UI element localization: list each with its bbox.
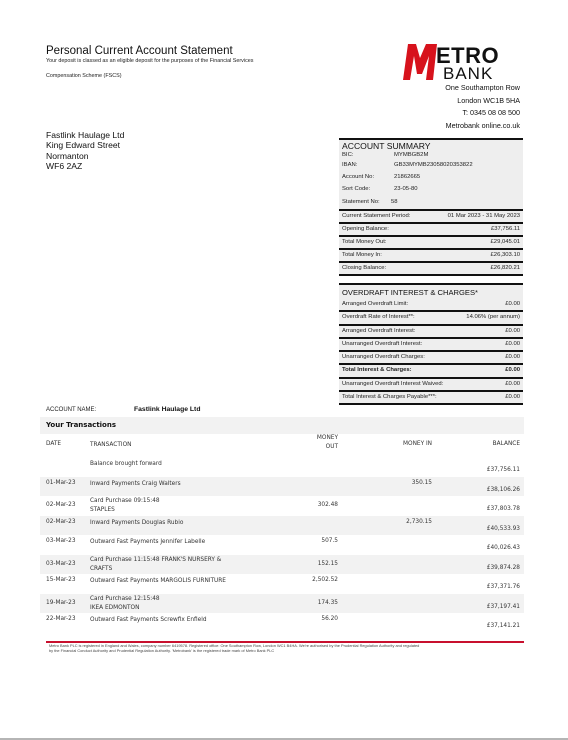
- period-value: 01 Mar 2023 - 31 May 2023: [448, 213, 520, 219]
- account-name-label: ACCOUNT NAME:: [46, 407, 96, 413]
- cell-transaction: Card Purchase 09:15:48STAPLES: [90, 497, 160, 515]
- col-balance: BALANCE: [493, 441, 520, 447]
- cell-balance: £37,803.78: [487, 506, 520, 512]
- summary-total-row: Opening Balance:£37,756.11: [339, 224, 523, 235]
- overdraft-row: Unarranged Overdraft Interest:£0.00: [339, 339, 523, 350]
- cell-transaction: Outward Fast Payments MARGOLIS FURNITURE: [90, 577, 226, 586]
- overdraft-row: Overdraft Rate of Interest**:14.06% (per…: [339, 312, 523, 323]
- overdraft-value: £0.00: [505, 328, 520, 334]
- overdraft-label: Arranged Overdraft Limit:: [342, 301, 408, 307]
- transaction-desc-line: Outward Fast Payments Jennifer Labelle: [90, 538, 205, 547]
- transaction-desc-line: Card Purchase 12:15:48: [90, 595, 160, 604]
- table-row: 15-Mar-23Outward Fast Payments MARGOLIS …: [40, 574, 524, 594]
- account-name-value: Fastlink Haulage Ltd: [134, 406, 200, 413]
- overdraft-value: £0.00: [505, 381, 520, 387]
- sort-code-label: Sort Code:: [342, 186, 370, 192]
- transaction-desc-line: Outward Fast Payments Screwfix Enfield: [90, 616, 207, 625]
- cell-date: 03-Mar-23: [46, 561, 76, 567]
- table-row: 22-Mar-23Outward Fast Payments Screwfix …: [40, 613, 524, 633]
- account-no-value: 21862665: [394, 174, 420, 180]
- cell-transaction: Card Purchase 12:15:48IKEA EDMONTON: [90, 595, 160, 613]
- overdraft-value: £0.00: [505, 341, 520, 347]
- overdraft-heading: OVERDRAFT INTEREST & CHARGES*: [339, 285, 523, 299]
- cell-balance: £37,756.11: [487, 467, 520, 473]
- col-transaction: TRANSACTION: [90, 441, 131, 450]
- overdraft-value: £0.00: [505, 367, 520, 373]
- cell-balance: £38,106.26: [487, 487, 520, 493]
- summary-total-value: £29,045.01: [491, 239, 520, 245]
- cell-transaction: Inward Payments Craig Walters: [90, 480, 181, 489]
- cell-money-out: 302.48: [318, 502, 338, 508]
- account-summary-panel: ACCOUNT SUMMARY BIC:MYMBGB2M IBAN:GB33MY…: [339, 138, 523, 276]
- summary-total-label: Closing Balance:: [342, 265, 386, 271]
- overdraft-row: Unarranged Overdraft Charges:£0.00: [339, 352, 523, 363]
- overdraft-row: Unarranged Overdraft Interest Waived:£0.…: [339, 379, 523, 390]
- sort-code-value: 23-05-80: [394, 186, 418, 192]
- transaction-desc-line: Balance brought forward: [90, 460, 162, 469]
- bank-address-line: London WC1B 5HA: [457, 96, 520, 105]
- cell-balance: £39,874.28: [487, 565, 520, 571]
- summary-total-value: £37,756.11: [491, 226, 520, 232]
- statement-title: Personal Current Account Statement: [46, 45, 233, 57]
- cell-balance: £37,371.76: [487, 584, 520, 590]
- cell-date: 02-Mar-23: [46, 502, 76, 508]
- overdraft-label: Unarranged Overdraft Interest:: [342, 341, 422, 347]
- col-money-out: MONEY OUT: [317, 435, 338, 450]
- overdraft-row: Total Interest & Charges Payable***:£0.0…: [339, 392, 523, 403]
- col-money-in: MONEY IN: [403, 441, 432, 447]
- summary-total-row: Closing Balance:£26,820.21: [339, 263, 523, 274]
- customer-street: King Edward Street: [46, 140, 124, 150]
- overdraft-panel: OVERDRAFT INTEREST & CHARGES* Arranged O…: [339, 283, 523, 405]
- iban-value: GB33MYMB23058020353822: [394, 162, 473, 168]
- summary-total-label: Total Money In:: [342, 252, 382, 258]
- transaction-desc-line: Card Purchase 09:15:48: [90, 497, 160, 506]
- fscs-notice: Your deposit is classed as an eligible d…: [46, 58, 253, 64]
- cell-transaction: Outward Fast Payments Jennifer Labelle: [90, 538, 205, 547]
- overdraft-label: Unarranged Overdraft Charges:: [342, 354, 425, 360]
- transaction-desc-line: Inward Payments Craig Walters: [90, 480, 181, 489]
- overdraft-value: £0.00: [505, 301, 520, 307]
- transaction-desc-line: Inward Payments Douglas Rubio: [90, 519, 183, 528]
- customer-address: Fastlink Haulage Ltd King Edward Street …: [46, 130, 124, 171]
- summary-total-value: £26,303.10: [491, 252, 520, 258]
- cell-money-out: 174.35: [318, 600, 338, 606]
- cell-balance: £40,533.93: [487, 526, 520, 532]
- fscs-notice-cont: Compensation Scheme (FSCS): [46, 73, 122, 79]
- statement-no-label: Statement No:: [342, 199, 380, 205]
- bic-value: MYMBGB2M: [394, 152, 428, 158]
- transaction-desc-line: STAPLES: [90, 506, 160, 515]
- overdraft-label: Unarranged Overdraft Interest Waived:: [342, 381, 443, 387]
- overdraft-label: Arranged Overdraft Interest:: [342, 328, 415, 334]
- table-row: 19-Mar-23Card Purchase 12:15:48IKEA EDMO…: [40, 594, 524, 614]
- cell-date: 15-Mar-23: [46, 577, 76, 583]
- period-label: Current Statement Period:: [342, 213, 410, 219]
- table-row: 03-Mar-23Outward Fast Payments Jennifer …: [40, 535, 524, 555]
- account-summary-heading: ACCOUNT SUMMARY: [339, 140, 523, 151]
- overdraft-value: £0.00: [505, 394, 520, 400]
- overdraft-row: Arranged Overdraft Interest:£0.00: [339, 326, 523, 337]
- cell-balance: £37,141.21: [487, 623, 520, 629]
- cell-date: 19-Mar-23: [46, 600, 76, 606]
- cell-date: 02-Mar-23: [46, 519, 76, 525]
- overdraft-label: Overdraft Rate of Interest**:: [342, 314, 415, 320]
- cell-money-in: 2,730.15: [406, 519, 432, 525]
- transaction-desc-line: Card Purchase 11:15:48 FRANK'S NURSERY &: [90, 556, 221, 565]
- metro-bank-logo: ETRO BANK: [403, 44, 511, 84]
- summary-total-value: £26,820.21: [491, 265, 520, 271]
- col-money-out-line1: MONEY: [317, 435, 338, 441]
- cell-transaction: Inward Payments Douglas Rubio: [90, 519, 183, 528]
- cell-date: 03-Mar-23: [46, 538, 76, 544]
- footer-legal-line2: by the Financial Conduct Authority and P…: [49, 649, 524, 654]
- cell-transaction: Card Purchase 11:15:48 FRANK'S NURSERY &…: [90, 556, 221, 574]
- cell-date: 22-Mar-23: [46, 616, 76, 622]
- transaction-desc-line: Outward Fast Payments MARGOLIS FURNITURE: [90, 577, 226, 586]
- table-row: 02-Mar-23Card Purchase 09:15:48STAPLES30…: [40, 496, 524, 516]
- cell-money-out: 152.15: [318, 561, 338, 567]
- table-header: DATE TRANSACTION MONEY OUT MONEY IN BALA…: [40, 434, 524, 457]
- bank-address-line: One Southampton Row: [445, 83, 520, 92]
- transactions-title: Your Transactions: [40, 417, 524, 434]
- table-row: 02-Mar-23Inward Payments Douglas Rubio2,…: [40, 516, 524, 536]
- cell-transaction: Outward Fast Payments Screwfix Enfield: [90, 616, 207, 625]
- cell-date: 01-Mar-23: [46, 480, 76, 486]
- summary-total-label: Opening Balance:: [342, 226, 389, 232]
- account-no-label: Account No:: [342, 174, 374, 180]
- customer-town: Normanton: [46, 151, 124, 161]
- logo-m-icon: [403, 44, 437, 80]
- cell-money-out: 2,502.52: [312, 577, 338, 583]
- col-date: DATE: [46, 441, 61, 447]
- customer-name: Fastlink Haulage Ltd: [46, 130, 124, 140]
- cell-money-out: 56.20: [321, 616, 338, 622]
- statement-no-value: 58: [391, 199, 398, 205]
- cell-money-out: 507.5: [321, 538, 338, 544]
- overdraft-row: Arranged Overdraft Limit:£0.00: [339, 299, 523, 310]
- overdraft-value: 14.06% (per annum): [466, 314, 520, 320]
- iban-label: IBAN:: [342, 162, 357, 168]
- table-row: Balance brought forward£37,756.11: [40, 457, 524, 477]
- bic-label: BIC:: [342, 152, 353, 158]
- bank-website: Metrobank online.co.uk: [446, 121, 520, 130]
- cell-transaction: Balance brought forward: [90, 460, 162, 469]
- overdraft-row: Total Interest & Charges:£0.00: [339, 365, 523, 376]
- customer-postcode: WF6 2AZ: [46, 161, 124, 171]
- table-row: 01-Mar-23Inward Payments Craig Walters35…: [40, 477, 524, 497]
- logo-bank-text: BANK: [443, 64, 493, 84]
- col-money-out-line2: OUT: [317, 444, 338, 450]
- table-row: 03-Mar-23Card Purchase 11:15:48 FRANK'S …: [40, 555, 524, 575]
- cell-balance: £37,197.41: [487, 604, 520, 610]
- transactions-table: DATE TRANSACTION MONEY OUT MONEY IN BALA…: [40, 434, 524, 633]
- bank-phone: T: 0345 08 08 500: [462, 108, 520, 117]
- transaction-desc-line: IKEA EDMONTON: [90, 604, 160, 613]
- overdraft-label: Total Interest & Charges:: [342, 367, 412, 373]
- summary-total-row: Total Money Out:£29,045.01: [339, 237, 523, 248]
- cell-money-in: 350.15: [412, 480, 432, 486]
- summary-total-row: Total Money In:£26,303.10: [339, 250, 523, 261]
- footer-legal: Metro Bank PLC is registered in England …: [49, 644, 524, 653]
- summary-total-label: Total Money Out:: [342, 239, 387, 245]
- transaction-desc-line: CRAFTS: [90, 565, 221, 574]
- overdraft-label: Total Interest & Charges Payable***:: [342, 394, 437, 400]
- cell-balance: £40,026.43: [487, 545, 520, 551]
- overdraft-value: £0.00: [505, 354, 520, 360]
